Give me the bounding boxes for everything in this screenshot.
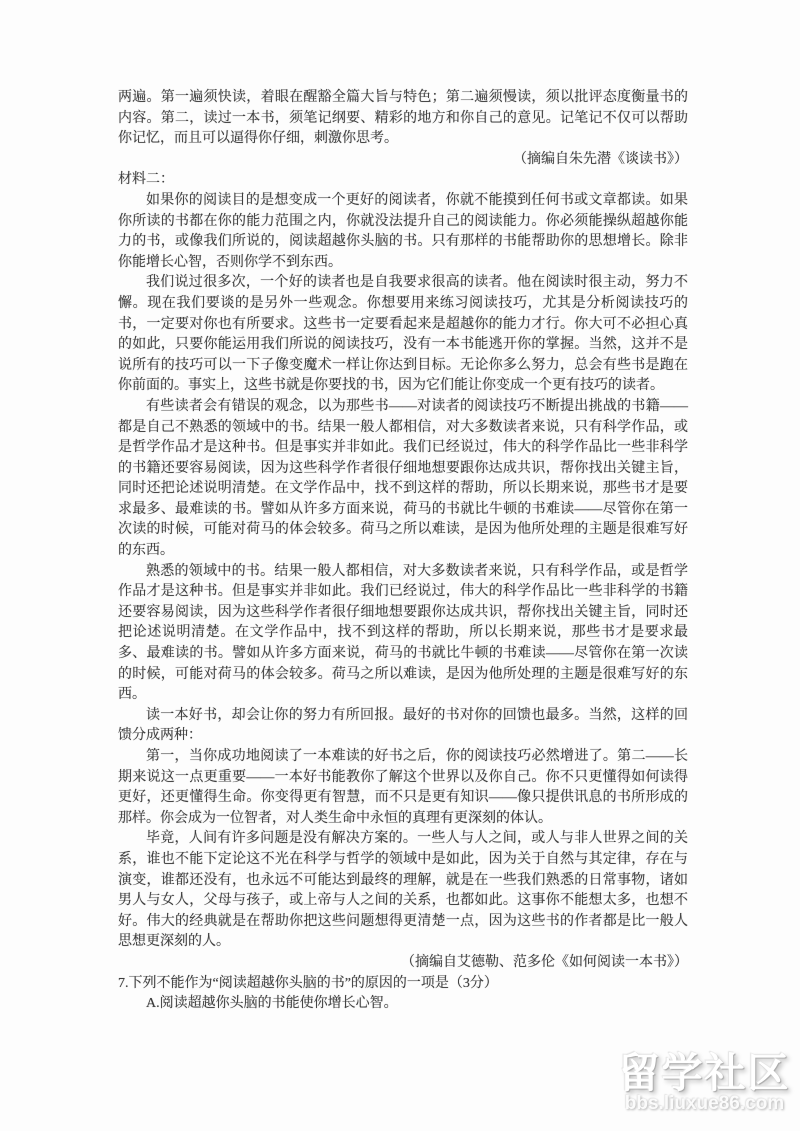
paragraph-continuation: 两遍。第一遍须快读，着眼在醒豁全篇大旨与特色；第二遍须慢读，须以批评态度衡量书的…	[118, 88, 688, 150]
paragraph-indent: 毕竟，人间有许多问题是没有解决方案的。一些人与人之间，或人与非人世界之间的关系，…	[118, 829, 688, 953]
scanned-exam-page: 两遍。第一遍须快读，着眼在醒豁全篇大旨与特色；第二遍须慢读，须以批评态度衡量书的…	[0, 0, 800, 1131]
watermark-title: 留学社区	[612, 1050, 797, 1096]
paragraph-question: 7.下列不能作为“阅读超越你头脑的书”的原因的一项是（3分）	[118, 974, 688, 995]
paragraph-citation: （摘编自艾德勒、范多伦《如何阅读一本书》）	[118, 953, 688, 974]
paragraph-indent: 熟悉的领域中的书。结果一般人都相信，对大多数读者来说，只有科学作品，或是哲学作品…	[118, 562, 688, 706]
paragraph-heading: 材料二：	[118, 170, 688, 191]
document-body: 两遍。第一遍须快读，着眼在醒豁全篇大旨与特色；第二遍须慢读，须以批评态度衡量书的…	[118, 88, 688, 1015]
paragraph-indent: 第一，当你成功地阅读了一本难读的好书之后，你的阅读技巧必然增进了。第二——长期来…	[118, 747, 688, 829]
watermark-url: bbs.liuxue86.com	[612, 1094, 797, 1114]
watermark: 留学社区 bbs.liuxue86.com	[612, 1050, 797, 1114]
paragraph-option: A.阅读超越你头脑的书能使你增长心智。	[118, 994, 688, 1015]
paragraph-citation: （摘编自朱先潜《谈读书》）	[118, 150, 688, 171]
paragraph-indent: 读一本好书，却会让你的努力有所回报。最好的书对你的回馈也最多。当然，这样的回馈分…	[118, 706, 688, 747]
paragraph-indent: 如果你的阅读目的是想变成一个更好的阅读者，你就不能摸到任何书或文章都读。如果你所…	[118, 191, 688, 273]
paragraph-indent: 我们说过很多次，一个好的读者也是自我要求很高的读者。他在阅读时很主动，努力不懈。…	[118, 273, 688, 397]
paragraph-indent: 有些读者会有错误的观念，以为那些书——对读者的阅读技巧不断提出挑战的书籍——都是…	[118, 397, 688, 562]
